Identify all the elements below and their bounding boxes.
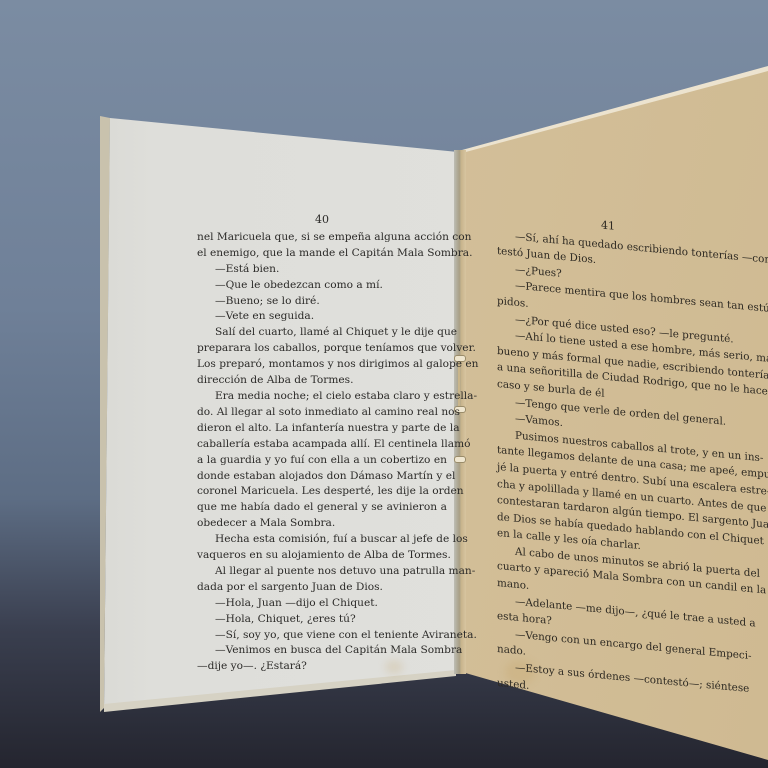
text-line: donde estaban alojados don Dámaso Martín… <box>197 469 447 485</box>
text-line: —Está bien. <box>197 262 447 278</box>
text-line: el enemigo, que la mande el Capitán Mala… <box>197 246 447 262</box>
text-line: —Que le obedezcan como a mí. <box>197 278 447 294</box>
text-line: Salí del cuarto, llamé al Chiquet y le d… <box>197 325 447 341</box>
right-page-text: 41 —Sí, ahí ha quedado escribiendo tonte… <box>497 208 719 711</box>
text-line: —Hola, Chiquet, ¿eres tú? <box>197 612 447 628</box>
text-line: a la guardia y yo fuí con ella a un cobe… <box>197 453 447 469</box>
text-line: Era media noche; el cielo estaba claro y… <box>197 389 447 405</box>
left-page-text: 40 nel Maricuela que, si se empeña algun… <box>197 212 447 675</box>
text-line: do. Al llegar al soto inmediato al camin… <box>197 405 447 421</box>
text-line: —Sí, soy yo, que viene con el teniente A… <box>197 628 447 644</box>
text-line: preparara los caballos, porque teníamos … <box>197 341 447 357</box>
text-line: —dije yo—. ¿Estará? <box>197 659 447 675</box>
text-line: Los preparó, montamos y nos dirigimos al… <box>197 357 447 373</box>
text-line: —Venimos en busca del Capitán Mala Sombr… <box>197 643 447 659</box>
text-line: —Vete en seguida. <box>197 309 447 325</box>
text-line: que me había dado el general y se avinie… <box>197 500 447 516</box>
text-line: dada por el sargento Juan de Dios. <box>197 580 447 596</box>
text-line: dirección de Alba de Tormes. <box>197 373 447 389</box>
text-line: obedecer a Mala Sombra. <box>197 516 447 532</box>
text-line: —Bueno; se lo diré. <box>197 294 447 310</box>
text-line: nel Maricuela que, si se empeña alguna a… <box>197 230 447 246</box>
page-number-left: 40 <box>197 212 447 228</box>
text-line: Hecha esta comisión, fuí a buscar al jef… <box>197 532 447 548</box>
binding-stitch-bottom <box>454 456 466 463</box>
text-line: —Hola, Juan —dijo el Chiquet. <box>197 596 447 612</box>
text-line: dieron el alto. La infantería nuestra y … <box>197 421 447 437</box>
text-line: Al llegar al puente nos detuvo una patru… <box>197 564 447 580</box>
book-photo-scene: 40 nel Maricuela que, si se empeña algun… <box>0 0 768 768</box>
text-line: coronel Maricuela. Les desperté, les dij… <box>197 484 447 500</box>
text-line: caballería estaba acampada allí. El cent… <box>197 437 447 453</box>
text-line: vaqueros en su alojamiento de Alba de To… <box>197 548 447 564</box>
